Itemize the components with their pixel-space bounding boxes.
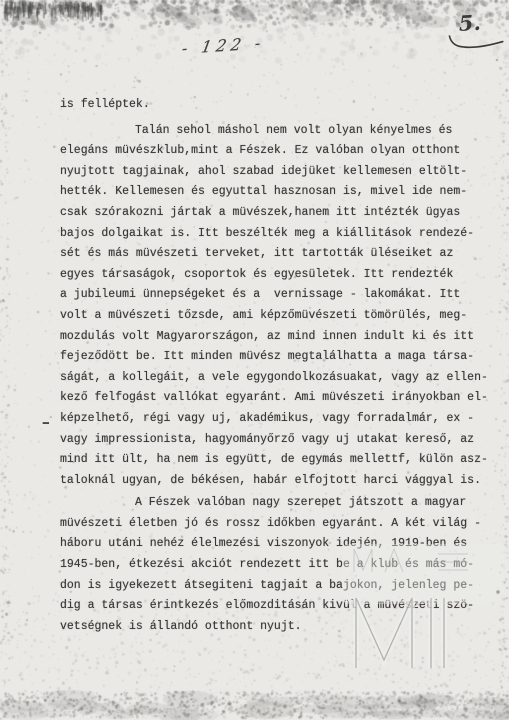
text-line: volt a müvészeti tőzsde, ami képzőmüvész…: [60, 306, 505, 327]
text-line: egyes társaságok, csoportok és egyesület…: [60, 265, 505, 286]
text-line: a jubileumi ünnepségeket és a vernissage…: [60, 285, 505, 306]
text-line: vagy impressionista, hagyományőrző vagy …: [60, 430, 505, 451]
text-line: kező felfogást vallókat egyaránt. Ami mü…: [60, 388, 505, 409]
text-line: sét és más müvészeti terveket, itt tarto…: [60, 244, 505, 265]
margin-dash-mark: -: [39, 414, 52, 432]
paragraph-p1: is felléptek.: [60, 95, 505, 116]
text-line: ságát, a kollegáit, a vele egygondolkozá…: [60, 368, 505, 389]
text-line: mind itt ült, ha nem is együtt, de egymá…: [60, 450, 505, 471]
watermark-letters: [330, 540, 509, 690]
text-line: bajos dolgaikat is. Itt beszélték meg a …: [60, 224, 505, 245]
text-line: mozdulás volt Magyarországon, az mind in…: [60, 327, 505, 348]
corner-page-mark: 5.: [446, 7, 504, 50]
text-line: csak szórakozni jártak a müvészek,hanem …: [60, 203, 505, 224]
text-line: A Fészek valóban nagy szerepet játszott …: [60, 493, 505, 514]
text-line: elegáns müvészklub,mint a Fészek. Ez val…: [60, 141, 505, 162]
text-line: is felléptek.: [60, 95, 505, 116]
text-line: hették. Kellemesen és egyuttal hasznosan…: [60, 182, 505, 203]
corner-mark-underline-stroke: [447, 33, 504, 52]
text-line: taloknál ugyan, de békésen, habár elfojt…: [60, 471, 505, 492]
text-line: müvészeti életben jó és rossz időkben eg…: [60, 514, 505, 535]
text-line: fejeződött be. Itt minden müvész megtalá…: [60, 347, 505, 368]
scanned-document-page: - 122 - 5. - is felléptek.Talán sehol má…: [0, 0, 509, 720]
text-line: Talán sehol máshol nem volt olyan kényel…: [60, 121, 505, 142]
paragraph-p2: Talán sehol máshol nem volt olyan kényel…: [60, 121, 505, 492]
text-line: nyujtott tagjainak, ahol szabad idejüket…: [60, 162, 505, 183]
corner-mark-text: 5.: [458, 10, 481, 36]
text-line: képzelhető, régi vagy uj, akadémikus, va…: [60, 409, 505, 430]
